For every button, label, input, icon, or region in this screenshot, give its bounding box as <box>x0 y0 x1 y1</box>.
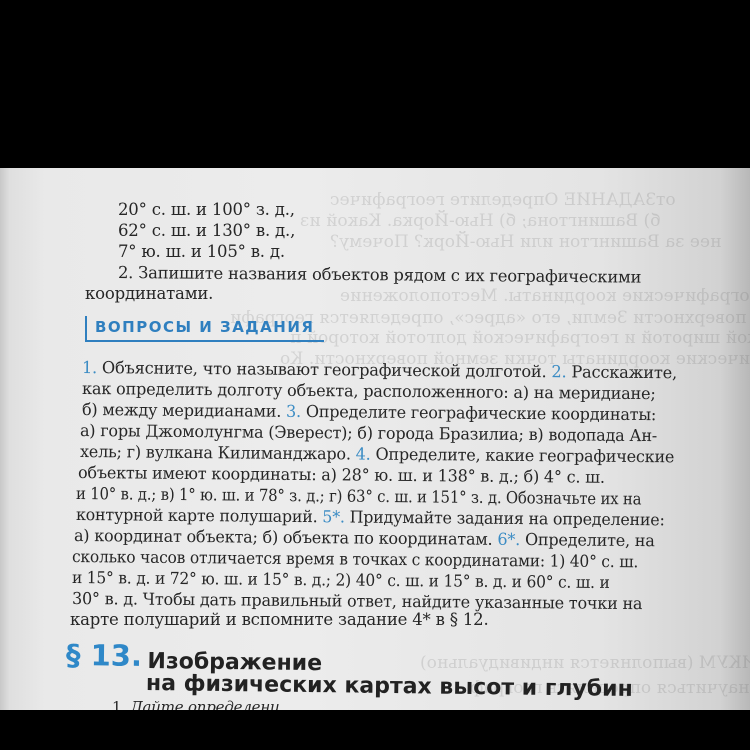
next-task-line: 1. Дайте определени <box>112 698 280 710</box>
bleed-through-text: нее за Вашингтон или Нью-Йорк? Почему? <box>330 232 721 252</box>
paragraph-heading: § 13. Изображение <box>66 638 323 675</box>
question-number: 6*. <box>497 530 520 549</box>
bleed-through-text: ПРАКТИКУМ (выполняется индивидуально) <box>420 653 750 673</box>
coordinate-line: 7° ю. ш. и 105° в. д. <box>118 242 285 261</box>
question-number: 1. <box>82 358 97 377</box>
question-line: контурной карте полушарий. 5*. Придумайт… <box>76 505 665 529</box>
paragraph-number: § 13. <box>66 638 142 673</box>
question-line: 1. Объясните, что называют географическо… <box>82 358 677 382</box>
textbook-page: отЗАДАНИЕ Определите географичес б) Ваши… <box>0 168 750 710</box>
bleed-through-text: 3. Географические координаты. Местополож… <box>340 286 750 306</box>
coordinate-line: 20° с. ш. и 100° з. д., <box>118 200 295 219</box>
question-line: а) горы Джомолунгма (Эверест); б) города… <box>80 421 657 445</box>
coordinate-line: 62° с. ш. и 130° в. д., <box>118 221 295 240</box>
question-line: карте полушарий и вспомните задание 4* в… <box>70 610 489 629</box>
question-line: б) между меридианами. 3. Определите геог… <box>82 400 656 424</box>
question-number: 5*. <box>322 507 345 526</box>
question-line: объекты имеют координаты: а) 28° ю. ш. и… <box>78 463 605 487</box>
bleed-through-text: б) Вашингтона; б) Нью-Йорка. Какой из <box>300 211 660 231</box>
page-fold <box>0 168 10 710</box>
question-line: как определить долготу объекта, располож… <box>82 379 656 403</box>
question-line: хель; г) вулкана Килиманджаро. 4. Опреде… <box>80 442 674 466</box>
question-line: и 15° в. д. и 72° ю. ш. и 15° в. д.; 2) … <box>72 568 610 592</box>
bleed-through-text: ческой широтой и географической долготой… <box>290 328 750 348</box>
question-number: 3. <box>286 402 301 421</box>
bleed-through-text: отЗАДАНИЕ Определите географичес <box>330 190 676 210</box>
section-heading: ВОПРОСЫ И ЗАДАНИЯ <box>85 316 324 342</box>
question-line: сколько часов отличается время в точках … <box>72 547 638 571</box>
question-number: 4. <box>356 444 371 463</box>
question-line: а) координат объекта; б) объекта по коор… <box>74 526 655 550</box>
task-2-line: координатами. <box>85 284 213 303</box>
question-number: 2. <box>551 362 566 381</box>
